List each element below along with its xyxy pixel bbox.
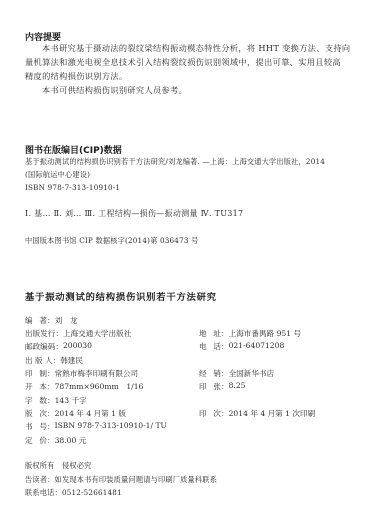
imprint-postcode: 邮政编码：200030 <box>25 341 92 352</box>
book-title: 基于振动测试的结构损伤识别若干方法研究 <box>25 289 217 303</box>
imprint-distributor: 经销：全国新华书店 <box>199 368 274 379</box>
cip-isbn: ISBN 978-7-313-10910-1 <box>25 183 120 192</box>
abstract-line-4: 本书可供结构损伤识别研究人员参考。 <box>42 85 187 96</box>
reader-notice: 告读者：如发现本书有印装质量问题请与印刷厂质量科联系 <box>25 475 217 485</box>
cip-line-2: (国际航运中心建设) <box>25 170 90 180</box>
imprint-price: 定价：38.00 元 <box>25 435 86 446</box>
cip-classification: Ⅰ. 基… Ⅱ. 刘… Ⅲ. 工程结构—损伤—振动测量 Ⅳ. TU317 <box>25 208 243 219</box>
imprint-author: 编著：刘 龙 <box>25 315 77 326</box>
abstract-line-1: 本书研究基于摄动法的裂纹梁结构振动模态特性分析，将 HHT 变换方法、支持向 <box>42 43 350 54</box>
imprint-issuer: 出 版 人：韩建民 <box>25 355 83 366</box>
abstract-heading: 内容提要 <box>25 30 61 43</box>
imprint-sheets: 印张：8.25 <box>199 381 246 392</box>
imprint-publisher: 出版发行：上海交通大学出版社 <box>25 328 131 339</box>
abstract-line-3: 精度的结构损伤识别方法。 <box>25 71 127 82</box>
contact-phone: 联系电话：0512-52661481 <box>25 488 122 498</box>
imprint-printer: 印制：常熟市梅李印刷有限公司 <box>25 368 138 379</box>
imprint-word-count: 字数：143 千字 <box>25 395 87 406</box>
imprint-printing: 印次：2014 年 4 月第 1 次印刷 <box>199 408 315 419</box>
imprint-edition: 版次：2014 年 4 月第 1 版 <box>25 408 126 419</box>
abstract-line-2: 量机算法和激光电视全息技术引入结构裂纹损伤识别领域中，提出可靠、实用且较高 <box>25 57 341 68</box>
cip-library-record: 中国版本图书馆 CIP 数据核字(2014)第 036473 号 <box>25 236 199 246</box>
imprint-phone: 电话：021-64071208 <box>199 341 284 352</box>
cip-heading: 图书在版编目(CIP)数据 <box>25 143 122 156</box>
cip-line-1: 基于振动测试的结构损伤识别若干方法研究/刘龙编著. —上海：上海交通大学出版社，… <box>25 157 325 167</box>
imprint-isbn: 书号：ISBN 978-7-313-10910-1/ TU <box>25 421 167 432</box>
copyright-notice: 版权所有 侵权必究 <box>25 461 92 471</box>
imprint-address: 地址：上海市番禺路 951 号 <box>199 328 301 339</box>
imprint-format: 开本：787mm×960mm 1/16 <box>25 381 143 392</box>
